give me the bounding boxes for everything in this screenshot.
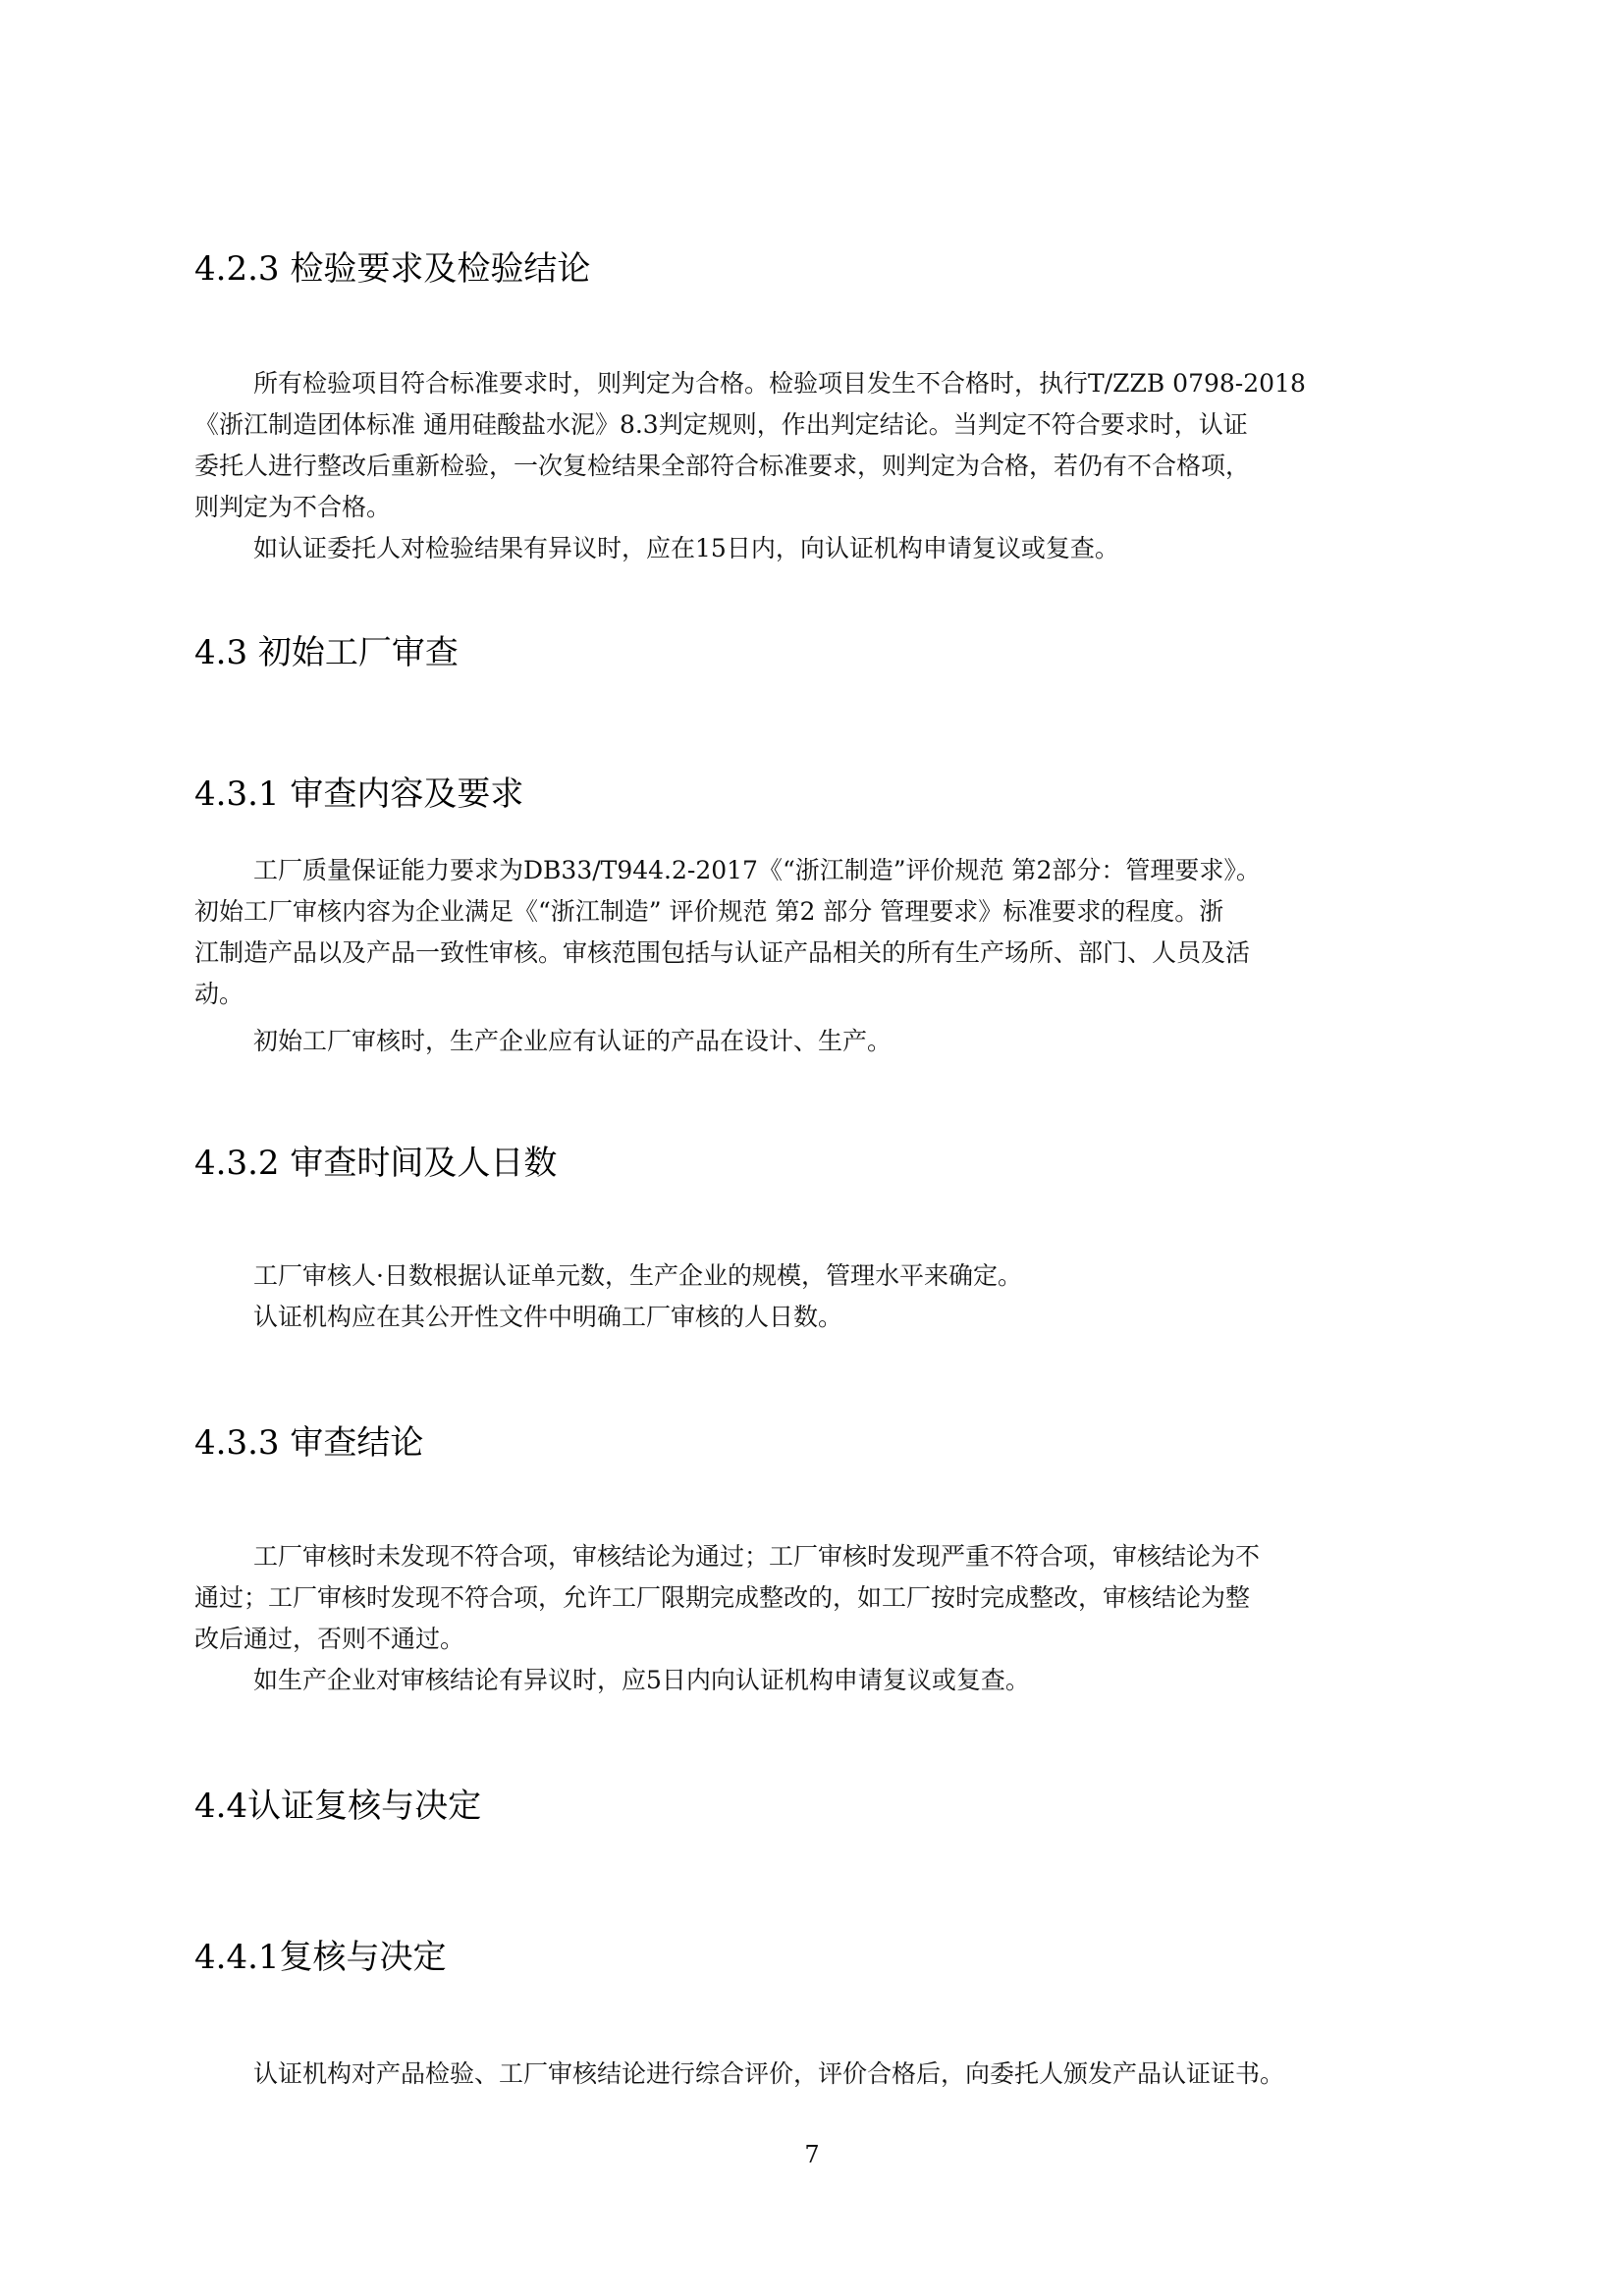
paragraph-4-3-2-public-docs: 认证机构应在其公开性文件中明确工厂审核的人日数。 xyxy=(194,1297,1439,1338)
text-line: 认证机构对产品检验、工厂审核结论进行综合评价，评价合格后，向委托人颁发产品认证证… xyxy=(194,2054,1439,2095)
text-line: 《浙江制造团体标准 通用硅酸盐水泥》8.3判定规则，作出判定结论。当判定不符合要… xyxy=(194,404,1439,446)
text-line: 工厂审核人·日数根据认证单元数，生产企业的规模，管理水平来确定。 xyxy=(194,1255,1439,1297)
section-heading-4-3-3: 4.3.3 审查结论 xyxy=(194,1421,423,1465)
text-line: 改后通过，否则不通过。 xyxy=(194,1619,1439,1660)
section-heading-4-4-1: 4.4.1复核与决定 xyxy=(194,1936,447,1979)
text-line: 通过；工厂审核时发现不符合项，允许工厂限期完成整改的，如工厂按时完成整改，审核结… xyxy=(194,1577,1439,1619)
paragraph-4-2-3-rule: 所有检验项目符合标准要求时，则判定为合格。检验项目发生不合格时，执行T/ZZB … xyxy=(194,363,1439,528)
section-heading-4-4: 4.4认证复核与决定 xyxy=(194,1785,481,1828)
text-line: 初始工厂审核内容为企业满足《“浙江制造” 评价规范 第2 部分 管理要求》标准要… xyxy=(194,891,1439,933)
text-line: 如生产企业对审核结论有异议时，应5日内向认证机构申请复议或复查。 xyxy=(194,1660,1439,1701)
page-number: 7 xyxy=(0,2140,1624,2169)
text-line: 江制造产品以及产品一致性审核。审核范围包括与认证产品相关的所有生产场所、部门、人… xyxy=(194,933,1439,974)
paragraph-4-3-1-requirements: 工厂质量保证能力要求为DB33/T944.2-2017《“浙江制造”评价规范 第… xyxy=(194,850,1439,1015)
text-line: 则判定为不合格。 xyxy=(194,487,1439,528)
section-heading-4-3-1: 4.3.1 审查内容及要求 xyxy=(194,773,523,816)
section-heading-4-3-2: 4.3.2 审查时间及人日数 xyxy=(194,1142,557,1185)
paragraph-4-3-3-conclusion: 工厂审核时未发现不符合项，审核结论为通过；工厂审核时发现严重不符合项，审核结论为… xyxy=(194,1536,1439,1660)
section-heading-4-3: 4.3 初始工厂审查 xyxy=(194,631,459,674)
paragraph-4-4-1-decision: 认证机构对产品检验、工厂审核结论进行综合评价，评价合格后，向委托人颁发产品认证证… xyxy=(194,2054,1439,2095)
text-line: 初始工厂审核时，生产企业应有认证的产品在设计、生产。 xyxy=(194,1021,1439,1062)
paragraph-4-2-3-appeal: 如认证委托人对检验结果有异议时，应在15日内，向认证机构申请复议或复查。 xyxy=(194,528,1439,569)
text-line: 动。 xyxy=(194,974,1439,1015)
text-line: 工厂质量保证能力要求为DB33/T944.2-2017《“浙江制造”评价规范 第… xyxy=(194,850,1439,891)
paragraph-4-3-1-initial-audit: 初始工厂审核时，生产企业应有认证的产品在设计、生产。 xyxy=(194,1021,1439,1062)
paragraph-4-3-2-person-days: 工厂审核人·日数根据认证单元数，生产企业的规模，管理水平来确定。 xyxy=(194,1255,1439,1297)
text-line: 工厂审核时未发现不符合项，审核结论为通过；工厂审核时发现严重不符合项，审核结论为… xyxy=(194,1536,1439,1577)
text-line: 如认证委托人对检验结果有异议时，应在15日内，向认证机构申请复议或复查。 xyxy=(194,528,1439,569)
document-page: 4.2.3 检验要求及检验结论 所有检验项目符合标准要求时，则判定为合格。检验项… xyxy=(0,0,1624,2296)
text-line: 认证机构应在其公开性文件中明确工厂审核的人日数。 xyxy=(194,1297,1439,1338)
text-line: 所有检验项目符合标准要求时，则判定为合格。检验项目发生不合格时，执行T/ZZB … xyxy=(194,363,1439,404)
paragraph-4-3-3-appeal: 如生产企业对审核结论有异议时，应5日内向认证机构申请复议或复查。 xyxy=(194,1660,1439,1701)
text-line: 委托人进行整改后重新检验，一次复检结果全部符合标准要求，则判定为合格，若仍有不合… xyxy=(194,446,1439,487)
section-heading-4-2-3: 4.2.3 检验要求及检验结论 xyxy=(194,247,590,291)
